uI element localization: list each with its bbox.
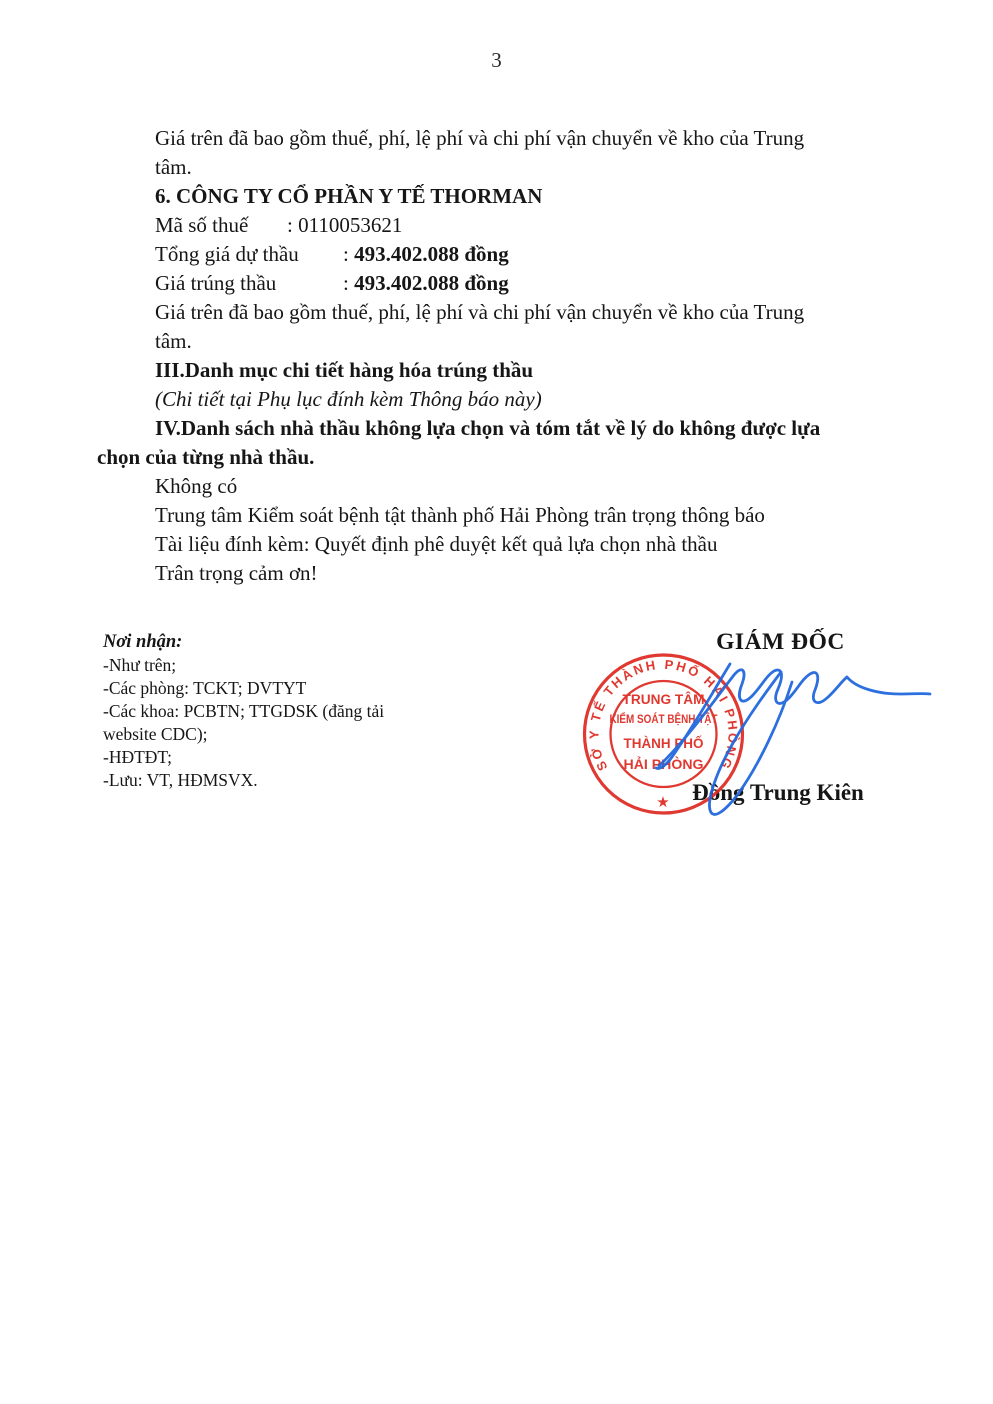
section3-note: (Chi tiết tại Phụ lục đính kèm Thông báo… bbox=[97, 385, 927, 414]
signer-title: GIÁM ĐỐC bbox=[668, 629, 893, 656]
stamp-center-line: KIỂM SOÁT BỆNH TẬT bbox=[610, 713, 718, 726]
page-number: 3 bbox=[0, 48, 993, 73]
none-text: Không có bbox=[97, 472, 927, 501]
company-heading: 6. CÔNG TY CỔ PHẦN Y TẾ THORMAN bbox=[97, 182, 927, 211]
signature-stroke bbox=[659, 670, 930, 766]
tax-code-value: 0110053621 bbox=[298, 213, 402, 237]
section4-heading-line1: IV.Danh sách nhà thầu không lựa chọn và … bbox=[97, 414, 927, 443]
recipient-item: website CDC); bbox=[103, 723, 433, 746]
announcement-text: Trung tâm Kiểm soát bệnh tật thành phố H… bbox=[97, 501, 927, 530]
price-note-line: Giá trên đã bao gồm thuế, phí, lệ phí và… bbox=[97, 124, 927, 153]
recipient-item: -Các khoa: PCBTN; TTGDSK (đăng tải bbox=[103, 700, 433, 723]
stamp-center-line: TRUNG TÂM bbox=[623, 692, 705, 707]
tax-code-row: Mã số thuế: 0110053621 bbox=[97, 211, 927, 240]
recipients-heading: Nơi nhận: bbox=[103, 631, 433, 654]
section4-heading-line2: chọn của từng nhà thầu. bbox=[97, 443, 927, 472]
signature-stroke bbox=[656, 664, 730, 768]
recipient-item: -Lưu: VT, HĐMSVX. bbox=[103, 769, 433, 792]
bid-total-label: Tổng giá dự thầu bbox=[155, 240, 343, 269]
bid-total-value: 493.402.088 đồng bbox=[354, 242, 509, 266]
section3-heading: III.Danh mục chi tiết hàng hóa trúng thầ… bbox=[97, 356, 927, 385]
tax-code-label: Mã số thuế bbox=[155, 211, 287, 240]
price-note-continuation: tâm. bbox=[97, 327, 927, 356]
stamp-ring-text: SỞ Y TẾ THÀNH PHỐ HẢI PHÒNG bbox=[586, 657, 740, 773]
stamp-inner-ring bbox=[611, 681, 717, 787]
document-body: Giá trên đã bao gồm thuế, phí, lệ phí và… bbox=[97, 124, 927, 588]
bid-total-colon: : bbox=[343, 242, 349, 266]
attachment-text: Tài liệu đính kèm: Quyết định phê duyệt … bbox=[97, 530, 927, 559]
tax-code-colon: : bbox=[287, 213, 293, 237]
bid-win-colon: : bbox=[343, 271, 349, 295]
document-page: 3 Giá trên đã bao gồm thuế, phí, lệ phí … bbox=[0, 0, 993, 1404]
recipient-item: -Như trên; bbox=[103, 654, 433, 677]
price-note-continuation: tâm. bbox=[97, 153, 927, 182]
recipients-block: Nơi nhận: -Như trên; -Các phòng: TCKT; D… bbox=[103, 631, 433, 792]
signer-name: Đồng Trung Kiên bbox=[658, 780, 898, 806]
bid-win-label: Giá trúng thầu bbox=[155, 269, 343, 298]
recipient-item: -Các phòng: TCKT; DVTYT bbox=[103, 677, 433, 700]
stamp-center-line: THÀNH PHỐ bbox=[624, 736, 704, 751]
price-note-line: Giá trên đã bao gồm thuế, phí, lệ phí và… bbox=[97, 298, 927, 327]
bid-win-row: Giá trúng thầu: 493.402.088 đồng bbox=[97, 269, 927, 298]
recipient-item: -HĐTĐT; bbox=[103, 746, 433, 769]
bid-total-row: Tổng giá dự thầu: 493.402.088 đồng bbox=[97, 240, 927, 269]
thanks-text: Trân trọng cảm ơn! bbox=[97, 559, 927, 588]
stamp-center-line: HẢI PHÒNG bbox=[624, 757, 704, 772]
svg-text:SỞ Y TẾ THÀNH PHỐ HẢI PHÒNG: SỞ Y TẾ THÀNH PHỐ HẢI PHÒNG bbox=[586, 657, 740, 773]
bid-win-value: 493.402.088 đồng bbox=[354, 271, 509, 295]
